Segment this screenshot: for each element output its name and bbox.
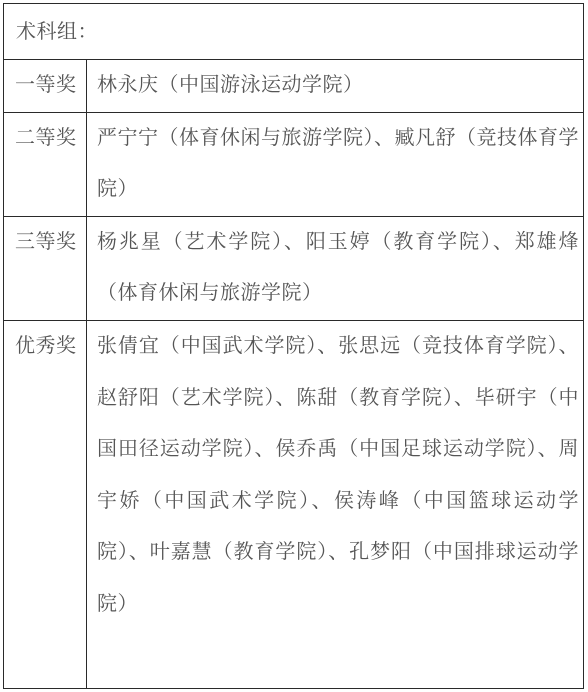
winners-cell: 张倩宜（中国武术学院）、张思远（竞技体育学院）、赵舒阳（艺术学院）、陈甜（教育学… (87, 320, 584, 688)
group-header-row: 术科组： (4, 4, 584, 60)
document-page: 术科组： 一等奖 林永庆（中国游泳运动学院） 二等奖 严宁宁（体育休闲与旅游学院… (0, 0, 588, 692)
award-cell: 一等奖 (4, 60, 87, 113)
award-cell: 二等奖 (4, 112, 87, 216)
winners-cell: 杨兆星（艺术学院）、阳玉婷（教育学院）、郑雄烽（体育休闲与旅游学院） (87, 216, 584, 320)
award-cell: 三等奖 (4, 216, 87, 320)
awards-table: 术科组： 一等奖 林永庆（中国游泳运动学院） 二等奖 严宁宁（体育休闲与旅游学院… (3, 3, 584, 689)
group-header-cell: 术科组： (4, 4, 584, 60)
awards-table-body: 一等奖 林永庆（中国游泳运动学院） 二等奖 严宁宁（体育休闲与旅游学院）、臧凡舒… (4, 60, 584, 689)
winners-cell: 林永庆（中国游泳运动学院） (87, 60, 584, 113)
table-row: 一等奖 林永庆（中国游泳运动学院） (4, 60, 584, 113)
table-row: 三等奖 杨兆星（艺术学院）、阳玉婷（教育学院）、郑雄烽（体育休闲与旅游学院） (4, 216, 584, 320)
table-row: 优秀奖 张倩宜（中国武术学院）、张思远（竞技体育学院）、赵舒阳（艺术学院）、陈甜… (4, 320, 584, 688)
award-cell: 优秀奖 (4, 320, 87, 688)
table-row: 二等奖 严宁宁（体育休闲与旅游学院）、臧凡舒（竞技体育学院） (4, 112, 584, 216)
winners-cell: 严宁宁（体育休闲与旅游学院）、臧凡舒（竞技体育学院） (87, 112, 584, 216)
group-header-section: 术科组： (4, 4, 584, 60)
